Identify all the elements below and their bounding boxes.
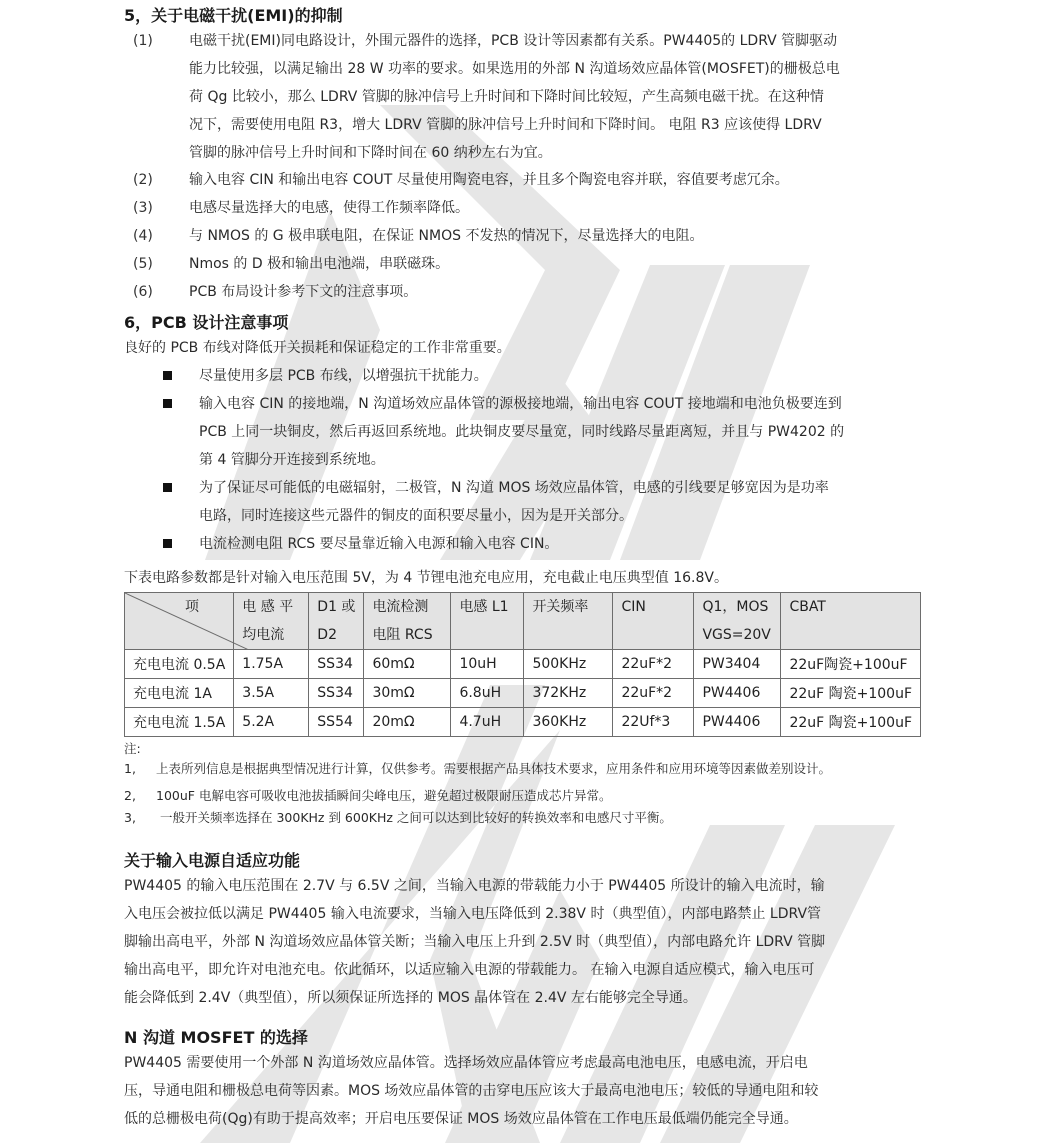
paragraph-line: 脚输出高电平，外部 N 沟道场效应晶体管关断；当输入电压上升到 2.5V 时（典… [124, 928, 825, 956]
parameters-table: 项 电 感 平均电流 D1 或D2 电流检测电阻 RCS 电感 L1 开关频率 … [124, 592, 921, 737]
note-text: 上表所列信息是根据典型情况进行计算，仅供参考。需要根据产品具体技术要求，应用条件… [156, 759, 831, 779]
bullet-icon [163, 539, 172, 548]
paragraph-line: 电感尽量选择大的电感，使得工作频率降低。 [189, 194, 469, 222]
header-cell-item: 项 [125, 593, 234, 650]
note-text: 100uF 电解电容可吸收电池拔插瞬间尖峰电压，避免超过极限耐压造成芯片异常。 [156, 786, 611, 806]
paragraph-line: 输入电容 CIN 和输出电容 COUT 尽量使用陶瓷电容，并且多个陶瓷电容并联，… [189, 166, 789, 194]
bullet-icon [163, 371, 172, 380]
item-number: (5) [133, 250, 153, 278]
document-page: 5，关于电磁干扰(EMI)的抑制 (1) 电磁干扰(EMI)同电路设计，外围元器… [0, 0, 1058, 1143]
table-intro: 下表电路参数都是针对输入电压范围 5V，为 4 节锂电池充电应用，充电截止电压典… [124, 564, 728, 592]
note-number: 3, [124, 808, 136, 828]
bullet-text: 尽量使用多层 PCB 布线，以增强抗干扰能力。 [199, 362, 488, 390]
section-heading-pcb: 6，PCB 设计注意事项 [124, 310, 288, 333]
bullet-text: 电路，同时连接这些元器件的铜皮的面积要尽量小，因为是开关部分。 [199, 502, 633, 530]
bullet-text: 电流检测电阻 RCS 要尽量靠近输入电源和输入电容 CIN。 [199, 530, 558, 558]
notes-label: 注: [124, 739, 141, 759]
note-text: 一般开关频率选择在 300KHz 到 600KHz 之间可以达到比较好的转换效率… [160, 808, 672, 828]
paragraph-line: PW4405 需要使用一个外部 N 沟道场效应晶体管。选择场效应晶体管应考虑最高… [124, 1049, 808, 1077]
paragraph-line: 况下，需要使用电阻 R3，增大 LDRV 管脚的脉冲信号上升时间和下降时间。 电… [189, 111, 822, 139]
note-number: 2, [124, 786, 136, 806]
header-cell: CIN [613, 593, 694, 650]
paragraph-line: 荷 Qg 比较小，那么 LDRV 管脚的脉冲信号上升时间和下降时间比较短，产生高… [189, 83, 824, 111]
table-row: 充电电流 0.5A 1.75A SS34 60mΩ 10uH 500KHz 22… [125, 650, 921, 679]
bullet-text: 输入电容 CIN 的接地端，N 沟道场效应晶体管的源极接地端，输出电容 COUT… [199, 390, 842, 418]
paragraph-line: 与 NMOS 的 G 极串联电阻，在保证 NMOS 不发热的情况下，尽量选择大的… [189, 222, 703, 250]
header-cell: 电感 L1 [451, 593, 524, 650]
paragraph-line: 输出高电平，即允许对电池充电。依此循环，以适应输入电源的带载能力。 在输入电源自… [124, 956, 814, 984]
header-cell: 开关频率 [524, 593, 613, 650]
bullet-icon [163, 399, 172, 408]
section-heading-emi: 5，关于电磁干扰(EMI)的抑制 [124, 3, 343, 26]
item-number: (6) [133, 278, 153, 306]
section-heading-input-adaptive: 关于输入电源自适应功能 [124, 848, 300, 871]
paragraph-line: Nmos 的 D 极和输出电池端，串联磁珠。 [189, 250, 449, 278]
paragraph-line: 能会降低到 2.4V（典型值），所以须保证所选择的 MOS 晶体管在 2.4V … [124, 984, 697, 1012]
paragraph-line: 良好的 PCB 布线对降低开关损耗和保证稳定的工作非常重要。 [124, 334, 511, 362]
header-cell: Q1，MOSVGS=20V [694, 593, 781, 650]
item-number: (3) [133, 194, 153, 222]
table-row: 充电电流 1.5A 5.2A SS54 20mΩ 4.7uH 360KHz 22… [125, 708, 921, 737]
paragraph-line: 压，导通电阻和栅极总电荷等因素。MOS 场效应晶体管的击穿电压应该大于最高电池电… [124, 1077, 818, 1105]
item-number: (2) [133, 166, 153, 194]
bullet-icon [163, 483, 172, 492]
table-row: 充电电流 1A 3.5A SS34 30mΩ 6.8uH 372KHz 22uF… [125, 679, 921, 708]
header-cell: 电流检测电阻 RCS [364, 593, 451, 650]
note-number: 1, [124, 759, 136, 779]
paragraph-line: 入电压会被拉低以满足 PW4405 输入电流要求，当输入电压降低到 2.38V … [124, 900, 821, 928]
paragraph-line: 电磁干扰(EMI)同电路设计，外围元器件的选择，PCB 设计等因素都有关系。PW… [189, 27, 837, 55]
section-heading-mosfet: N 沟道 MOSFET 的选择 [124, 1025, 308, 1048]
paragraph-line: 低的总栅极电荷(Qg)有助于提高效率；开启电压要保证 MOS 场效应晶体管在工作… [124, 1105, 798, 1133]
bullet-text: PCB 上同一块铜皮，然后再返回系统地。此块铜皮要尽量宽，同时线路尽量距离短，并… [199, 418, 844, 446]
paragraph-line: PCB 布局设计参考下文的注意事项。 [189, 278, 417, 306]
header-cell: D1 或D2 [309, 593, 364, 650]
table-header-row: 项 电 感 平均电流 D1 或D2 电流检测电阻 RCS 电感 L1 开关频率 … [125, 593, 921, 650]
paragraph-line: 能力比较强，以满足输出 28 W 功率的要求。如果选用的外部 N 沟道场效应晶体… [189, 55, 840, 83]
paragraph-line: 管脚的脉冲信号上升时间和下降时间在 60 纳秒左右为宜。 [189, 139, 552, 167]
paragraph-line: PW4405 的输入电压范围在 2.7V 与 6.5V 之间，当输入电源的带载能… [124, 872, 825, 900]
item-number: (1) [133, 27, 153, 55]
item-number: (4) [133, 222, 153, 250]
bullet-text: 第 4 管脚分开连接到系统地。 [199, 446, 385, 474]
header-cell: CBAT [781, 593, 921, 650]
bullet-text: 为了保证尽可能低的电磁辐射，二极管，N 沟道 MOS 场效应晶体管，电感的引线要… [199, 474, 829, 502]
